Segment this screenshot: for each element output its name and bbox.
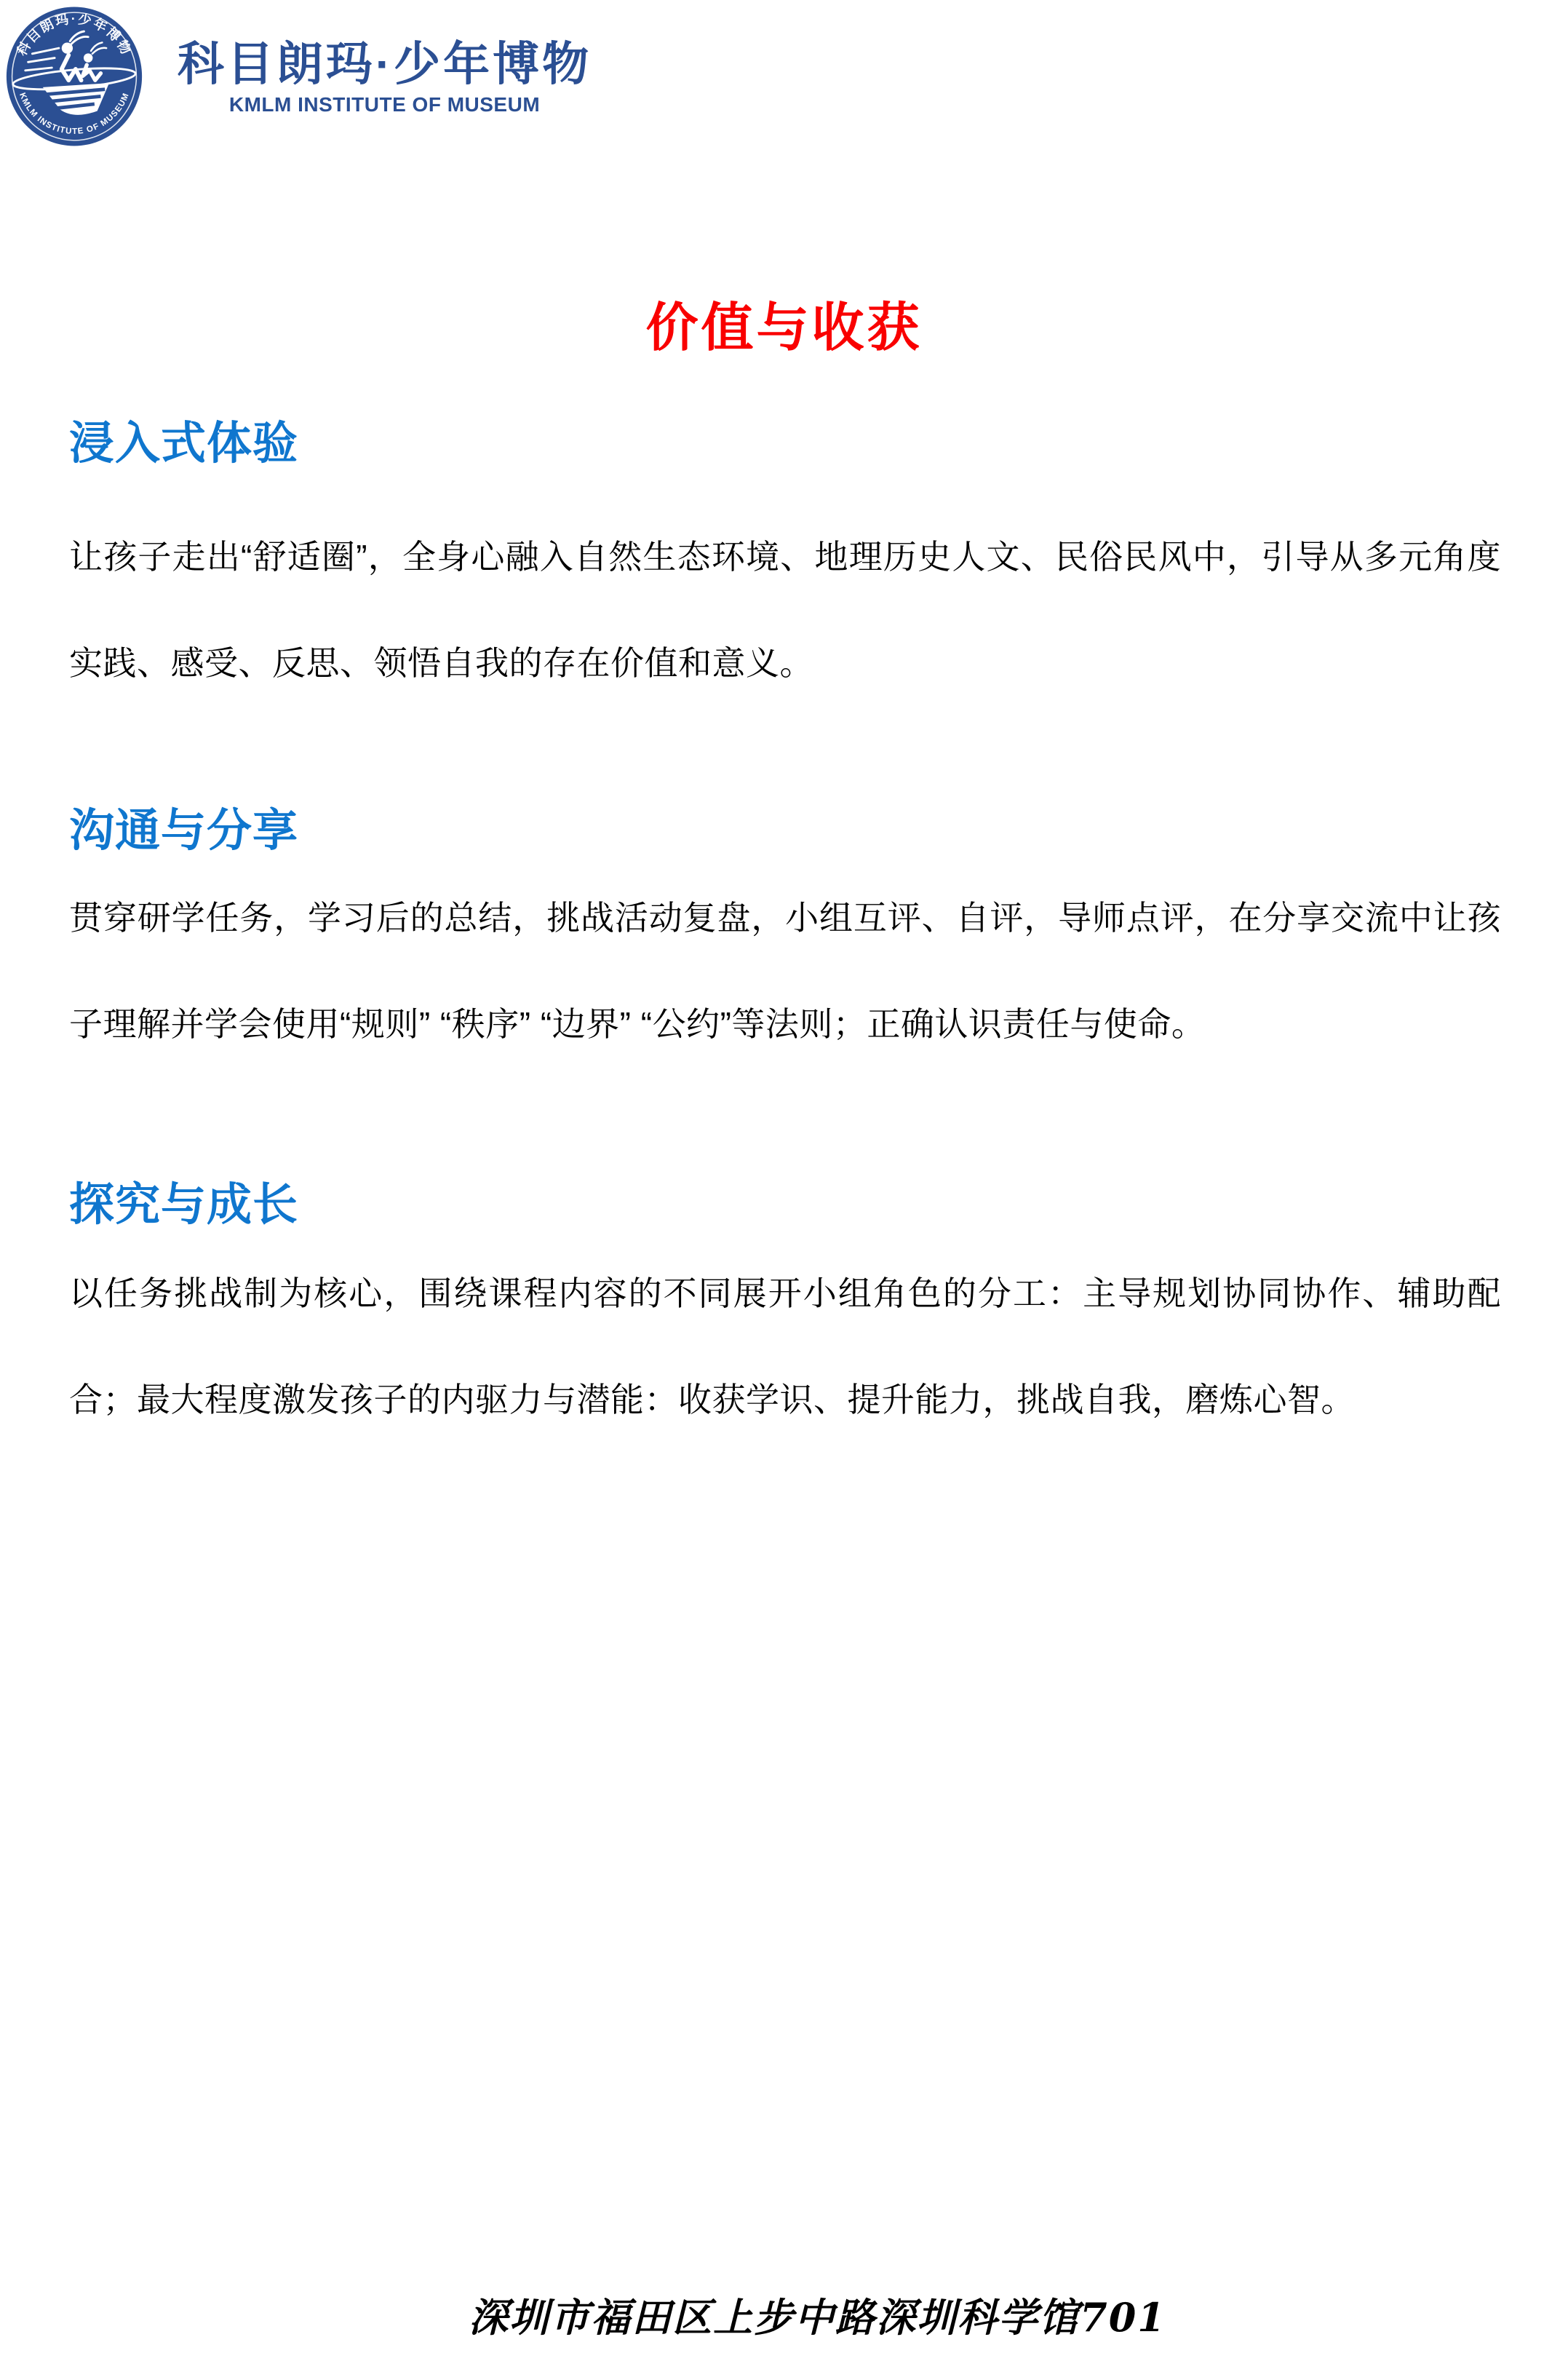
page: 科目朗玛·少年博物 KMLM INSTITUTE OF MUSEUM 科目朗玛·… — [0, 0, 1568, 2353]
section-heading-immersive-experience: 浸入式体验 — [69, 419, 298, 469]
page-title: 价值与收获 — [0, 300, 1568, 357]
company-wordmark: 科目朗玛·少年博物 — [172, 41, 597, 87]
section-heading-exploration-growth: 探究与成长 — [69, 1181, 298, 1230]
company-wordmark-subtitle: KMLM INSTITUTE OF MUSEUM — [172, 95, 597, 115]
section-body-immersive-experience: 让孩子走出“舒适圈”，全身心融入自然生态环境、地理历史人文、民俗民风中，引导从多… — [69, 504, 1501, 716]
section-body-communication-sharing: 贯穿研学任务，学习后的总结，挑战活动复盘，小组互评、自评，导师点评，在分享交流中… — [69, 865, 1501, 1077]
section-heading-communication-sharing: 沟通与分享 — [69, 806, 298, 856]
company-wordmark-block: 科目朗玛·少年博物 KMLM INSTITUTE OF MUSEUM — [172, 41, 597, 115]
section-body-exploration-growth: 以任务挑战制为核心，围绕课程内容的不同展开小组角色的分工：主导规划协同协作、辅助… — [69, 1240, 1501, 1453]
logo-badge: 科目朗玛·少年博物 KMLM INSTITUTE OF MUSEUM — [4, 4, 144, 148]
footer-address: 深圳市福田区上步中路深圳科学馆701 — [0, 2287, 1568, 2343]
